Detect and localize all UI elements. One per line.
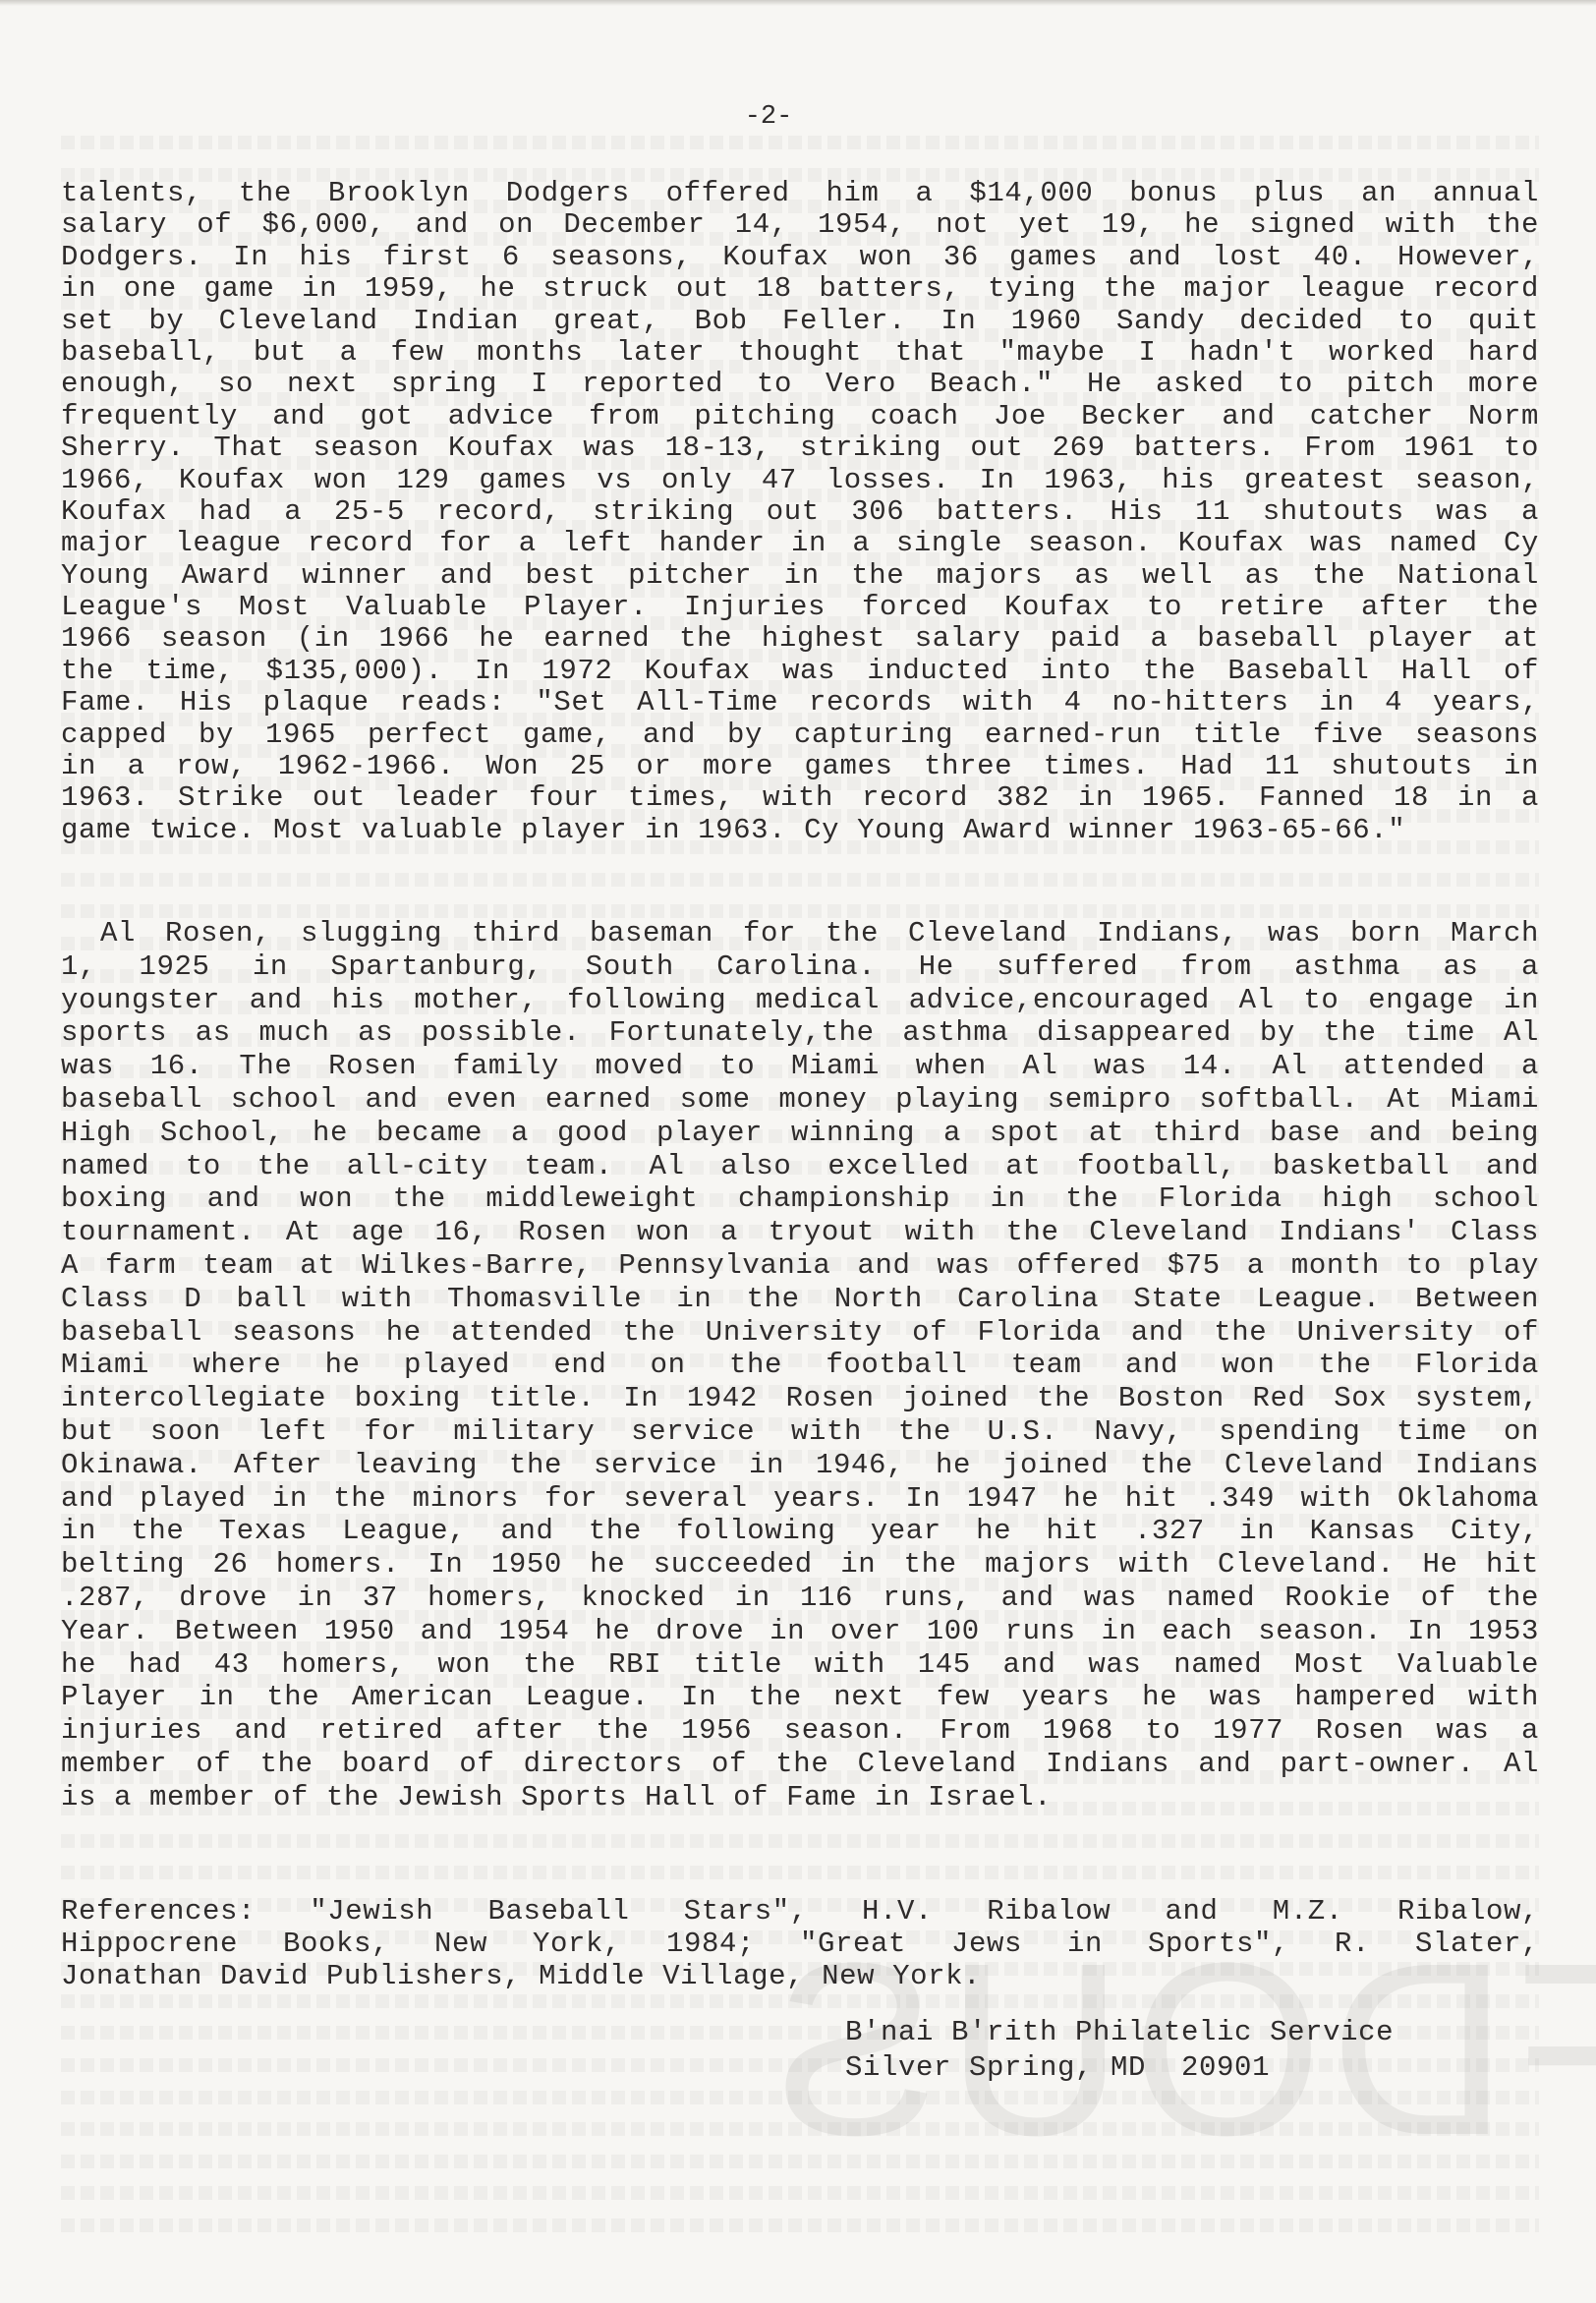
text-line: Koufax had a 25-5 record, striking out 3… <box>61 496 1539 528</box>
text-line: baseball school and even earned some mon… <box>61 1083 1539 1117</box>
text-line: tournament. At age 16, Rosen won a tryou… <box>61 1216 1539 1249</box>
text-line: Sherry. That season Koufax was 18-13, st… <box>61 432 1539 464</box>
text-line: capped by 1965 perfect game, and by capt… <box>61 720 1539 751</box>
text-line: Okinawa. After leaving the service in 19… <box>61 1449 1539 1482</box>
text-line: in a row, 1962-1966. Won 25 or more game… <box>61 751 1539 782</box>
text-line: member of the board of directors of the … <box>61 1748 1539 1781</box>
text-line: Dodgers. In his first 6 seasons, Koufax … <box>61 242 1539 273</box>
text-line: talents, the Brooklyn Dodgers offered hi… <box>61 178 1539 209</box>
text-line: Fame. His plaque reads: "Set All-Time re… <box>61 687 1539 719</box>
bleed-through-line <box>61 2186 1539 2200</box>
paper-top-edge <box>0 0 1596 6</box>
text-line: 1966 season (in 1966 he earned the highe… <box>61 623 1539 655</box>
text-line: sports as much as possible. Fortunately,… <box>61 1016 1539 1050</box>
text-line: Class D ball with Thomasville in the Nor… <box>61 1283 1539 1316</box>
signature-organization: B'nai B'rith Philatelic Service <box>845 2015 1394 2050</box>
paragraph-koufax: talents, the Brooklyn Dodgers offered hi… <box>61 178 1539 846</box>
text-line: League's Most Valuable Player. Injuries … <box>61 592 1539 623</box>
text-line: Hippocrene Books, New York, 1984; "Great… <box>61 1928 1539 1960</box>
bleed-through-line <box>61 136 1539 149</box>
text-line: major league record for a left hander in… <box>61 528 1539 559</box>
text-line: 1, 1925 in Spartanburg, South Carolina. … <box>61 950 1539 984</box>
bleed-through-line <box>61 2218 1539 2232</box>
text-line: enough, so next spring I reported to Ver… <box>61 369 1539 400</box>
paragraph-rosen: Al Rosen, slugging third baseman for the… <box>61 917 1539 1814</box>
text-line: salary of $6,000, and on December 14, 19… <box>61 209 1539 241</box>
text-line: named to the all-city team. Al also exce… <box>61 1150 1539 1183</box>
text-line: set by Cleveland Indian great, Bob Felle… <box>61 306 1539 337</box>
text-line: belting 26 homers. In 1950 he succeeded … <box>61 1548 1539 1582</box>
text-line: in one game in 1959, he struck out 18 ba… <box>61 273 1539 305</box>
text-line: intercollegiate boxing title. In 1942 Ro… <box>61 1382 1539 1415</box>
text-line: was 16. The Rosen family moved to Miami … <box>61 1050 1539 1083</box>
text-line: Young Award winner and best pitcher in t… <box>61 560 1539 592</box>
bleed-through-line <box>61 1866 1539 1879</box>
text-line: Player in the American League. In the ne… <box>61 1681 1539 1714</box>
text-line: A farm team at Wilkes-Barre, Pennsylvani… <box>61 1249 1539 1283</box>
text-line: he had 43 homers, won the RBI title with… <box>61 1648 1539 1682</box>
text-line: the time, $135,000). In 1972 Koufax was … <box>61 656 1539 687</box>
text-line: but soon left for military service with … <box>61 1415 1539 1449</box>
bleed-through-line <box>61 1834 1539 1848</box>
text-line: Jonathan David Publishers, Middle Villag… <box>61 1960 1539 1992</box>
signature-block: B'nai B'rith Philatelic Service Silver S… <box>845 2015 1394 2086</box>
bleed-through-line <box>61 2122 1539 2136</box>
bleed-through-line <box>61 873 1539 887</box>
text-line: is a member of the Jewish Sports Hall of… <box>61 1781 1539 1814</box>
page-number: -2- <box>0 100 1596 134</box>
text-line: injuries and retired after the 1956 seas… <box>61 1714 1539 1748</box>
bleed-through-line <box>61 1994 1539 2008</box>
text-line: baseball, but a few months later thought… <box>61 337 1539 369</box>
text-line: Miami where he played end on the footbal… <box>61 1349 1539 1382</box>
text-line: and played in the minors for several yea… <box>61 1482 1539 1516</box>
text-line: .287, drove in 37 homers, knocked in 116… <box>61 1582 1539 1615</box>
text-line: in the Texas League, and the following y… <box>61 1515 1539 1548</box>
text-line: game twice. Most valuable player in 1963… <box>61 815 1539 846</box>
text-line: References: "Jewish Baseball Stars", H.V… <box>61 1895 1539 1928</box>
bleed-through-line <box>61 2155 1539 2168</box>
signature-address: Silver Spring, MD 20901 <box>845 2050 1394 2086</box>
text-line: youngster and his mother, following medi… <box>61 984 1539 1017</box>
references: References: "Jewish Baseball Stars", H.V… <box>61 1895 1539 1992</box>
text-line: boxing and won the middleweight champion… <box>61 1182 1539 1216</box>
text-line: 1963. Strike out leader four times, with… <box>61 782 1539 814</box>
text-line: Al Rosen, slugging third baseman for the… <box>61 917 1539 950</box>
bleed-through-line <box>61 2091 1539 2104</box>
text-line: 1966, Koufax won 129 games vs only 47 lo… <box>61 465 1539 496</box>
text-line: High School, he became a good player win… <box>61 1117 1539 1150</box>
text-line: baseball seasons he attended the Univers… <box>61 1316 1539 1350</box>
text-line: frequently and got advice from pitching … <box>61 401 1539 432</box>
text-line: Year. Between 1950 and 1954 he drove in … <box>61 1615 1539 1648</box>
